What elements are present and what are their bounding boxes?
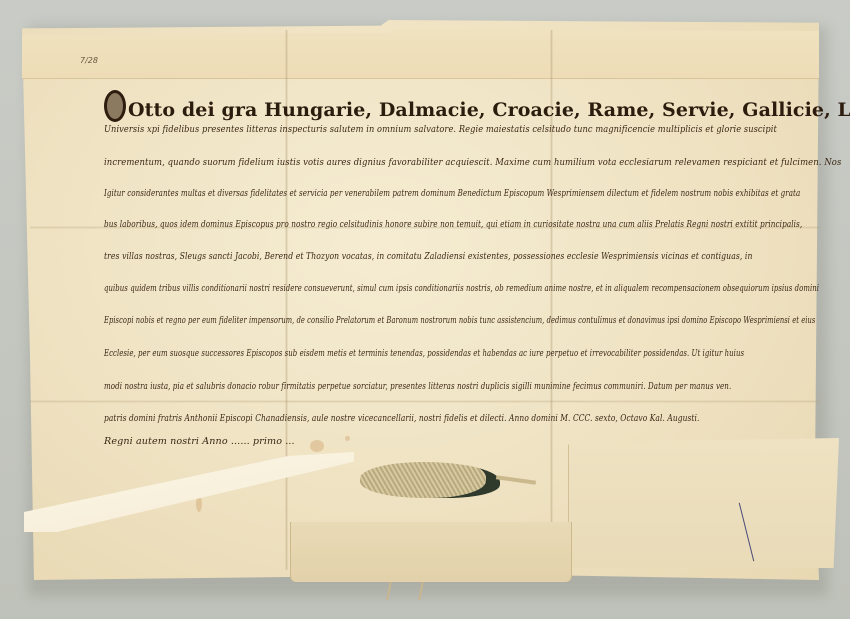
text-line: tres villas nostras, Sleugs sancti Jacob…	[104, 251, 752, 262]
text-line: modi nostra iusta, pia et salubris donac…	[104, 381, 731, 392]
stain	[310, 440, 324, 452]
intitulatio-text: Otto dei gra Hungarie, Dalmacie, Croacie…	[128, 99, 850, 121]
shelfmark: 7/28	[80, 56, 98, 65]
text-line: Ecclesie, per eum suosque successores Ep…	[104, 348, 744, 359]
bottom-fold-right	[568, 438, 839, 568]
text-line: Universis xpi fidelibus presentes litter…	[104, 124, 777, 135]
bottom-fold-center	[290, 522, 572, 582]
text-line: Episcopi nobis et regno per eum fidelite…	[104, 315, 815, 326]
text-line: incrementum, quando suorum fidelium iust…	[104, 157, 841, 168]
text-line: patris domini fratris Anthonii Episcopi …	[104, 413, 699, 424]
text-line: bus laboribus, quos idem dominus Episcop…	[104, 219, 802, 230]
top-fold	[22, 30, 819, 79]
stain	[345, 436, 350, 441]
hanging-threads	[386, 582, 423, 600]
decorated-initial-o-icon	[104, 90, 126, 122]
text-line-intitulatio: Otto dei gra Hungarie, Dalmacie, Croacie…	[104, 90, 850, 122]
text-line: quibus quidem tribus villis conditionari…	[104, 283, 819, 294]
seal-cord-icon	[360, 462, 500, 498]
text-line: Igitur considerantes multas et diversas …	[104, 188, 800, 199]
text-line: Regni autem nostri Anno ...... primo ...	[104, 436, 295, 447]
horizontal-crease	[30, 400, 820, 403]
